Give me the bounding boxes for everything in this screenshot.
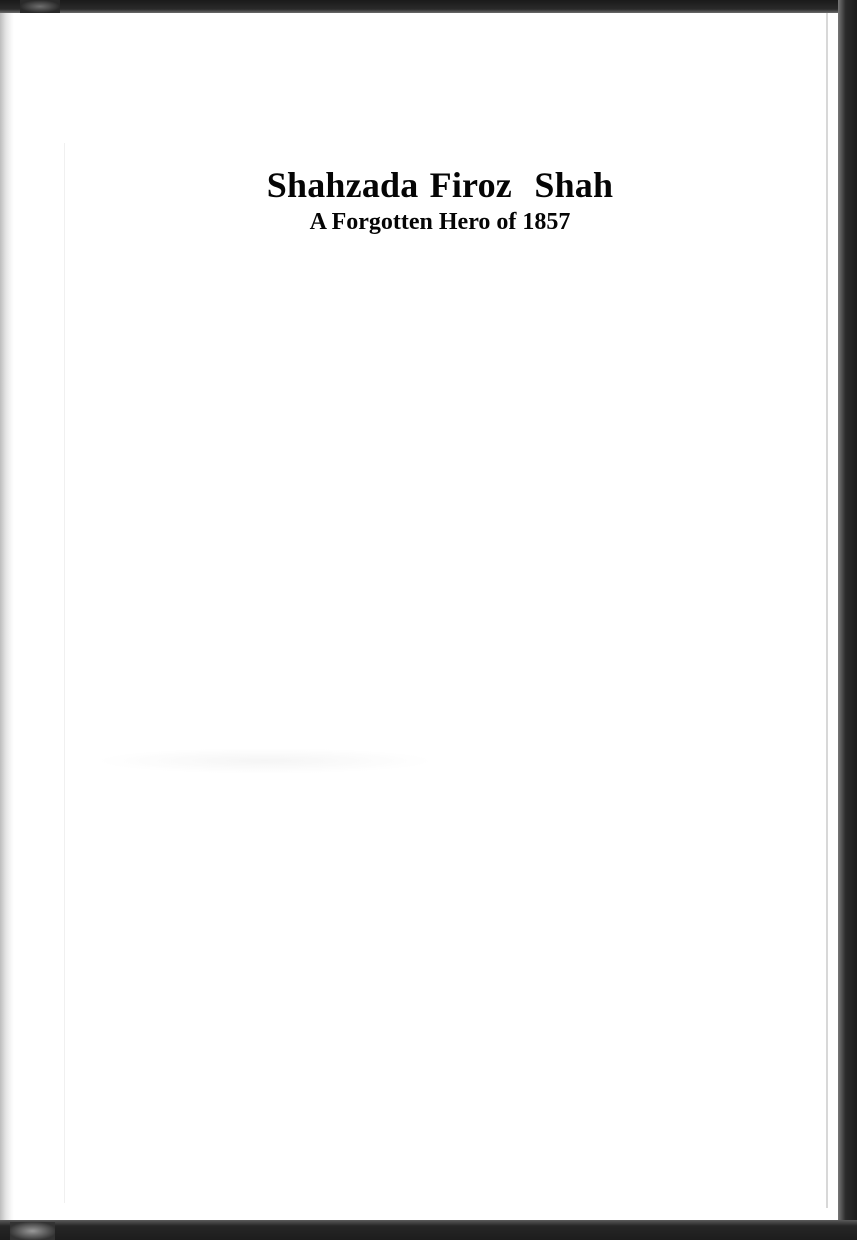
half-title-block: Shahzada Firoz Shah A Forgotten Hero of … [0, 163, 857, 237]
scan-top-border [0, 0, 857, 13]
scan-bottom-border [0, 1220, 857, 1240]
scan-artifact-line [64, 143, 65, 1203]
book-page: Shahzada Firoz Shah A Forgotten Hero of … [0, 13, 838, 1220]
scan-smudge [95, 748, 435, 774]
book-subtitle: A Forgotten Hero of 1857 [0, 207, 857, 237]
book-title: Shahzada Firoz Shah [0, 163, 857, 207]
scanned-page: Shahzada Firoz Shah A Forgotten Hero of … [0, 0, 857, 1240]
